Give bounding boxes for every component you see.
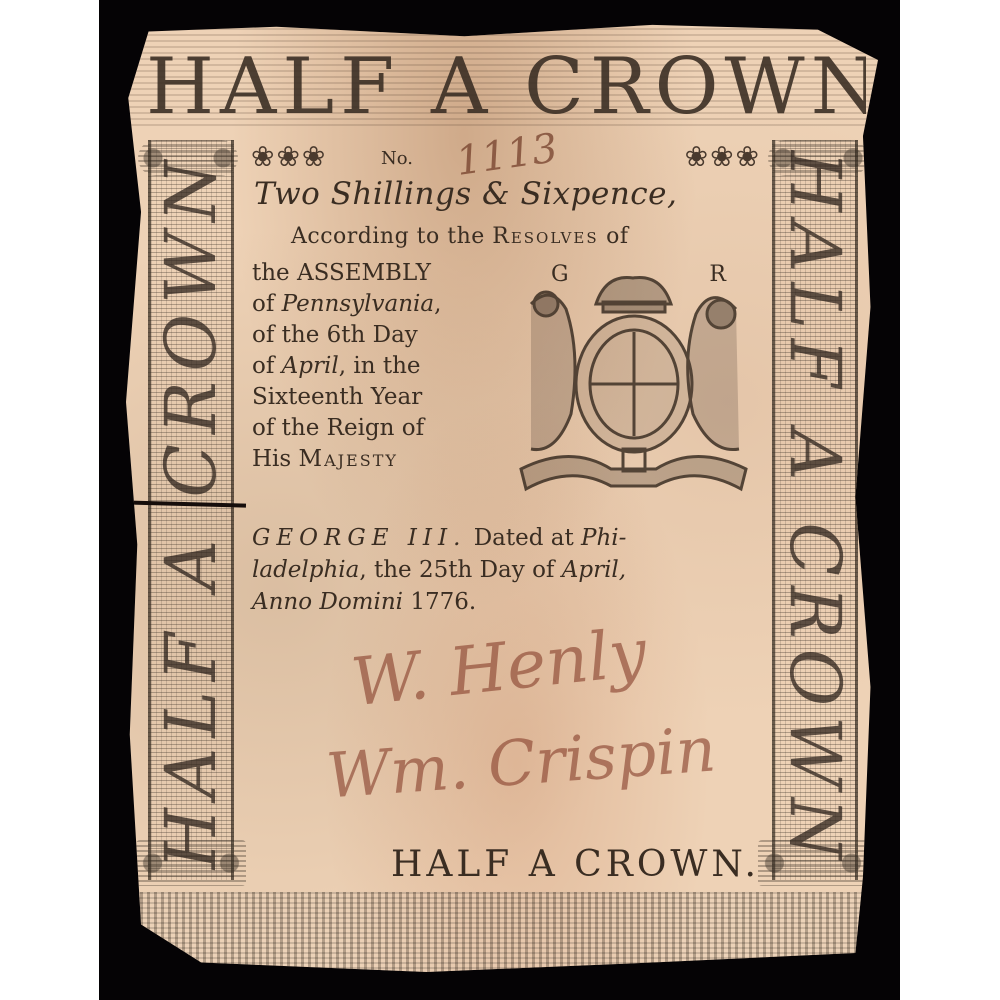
- dated-line: Anno Domini 1776.: [252, 586, 772, 618]
- bottom-denomination-title: HALF A CROWN.: [391, 844, 760, 885]
- signature-first: W. Henly: [348, 614, 650, 721]
- crest-initial-r: R: [709, 262, 726, 287]
- dated-line: GEORGE III. Dated at Phi-: [252, 522, 772, 554]
- note-center-panel: ❀❀❀ ❀❀❀ No. 1113 Two Shillings & Sixpenc…: [246, 134, 766, 854]
- body-line: of Pennsylvania,: [252, 289, 512, 320]
- dated-text: GEORGE III. Dated at Phi- ladelphia, the…: [252, 522, 772, 618]
- dated-line: ladelphia, the 25th Day of April,: [252, 554, 772, 586]
- right-pillar-text: HALF A CROWN: [774, 151, 856, 870]
- number-label: No.: [381, 148, 413, 169]
- top-border-title: HALF A CROWN: [146, 48, 866, 126]
- body-line: of April, in the: [252, 351, 512, 382]
- body-line: Sixteenth Year: [252, 382, 512, 413]
- left-pillar: HALF A CROWN: [148, 140, 234, 880]
- body-line: of the 6th Day: [252, 320, 512, 351]
- right-pillar: HALF A CROWN: [772, 140, 858, 880]
- resolves-line: According to the Resolves of: [291, 224, 628, 249]
- currency-note: HALF A CROWN HALF A CROWN HALF A CROWN ❀…: [126, 22, 878, 972]
- coat-of-arms-icon: [511, 264, 756, 499]
- rosette-ornaments-left: ❀❀❀: [251, 140, 327, 173]
- right-column-base: [758, 840, 868, 886]
- body-text: the ASSEMBLY of Pennsylvania, of the 6th…: [252, 258, 512, 475]
- royal-coat-of-arms: G R: [511, 264, 756, 499]
- left-column-base: [136, 840, 246, 886]
- left-pillar-text: HALF A CROWN: [150, 151, 232, 870]
- body-line: His Majesty: [252, 444, 512, 475]
- signature-second: Wm. Crispin: [324, 712, 718, 812]
- rosette-ornaments-right: ❀❀❀: [685, 140, 761, 173]
- denomination-text: Two Shillings & Sixpence,: [254, 176, 677, 212]
- body-line: of the Reign of: [252, 413, 512, 444]
- body-line: the ASSEMBLY: [252, 258, 512, 289]
- crest-initial-g: G: [551, 262, 569, 287]
